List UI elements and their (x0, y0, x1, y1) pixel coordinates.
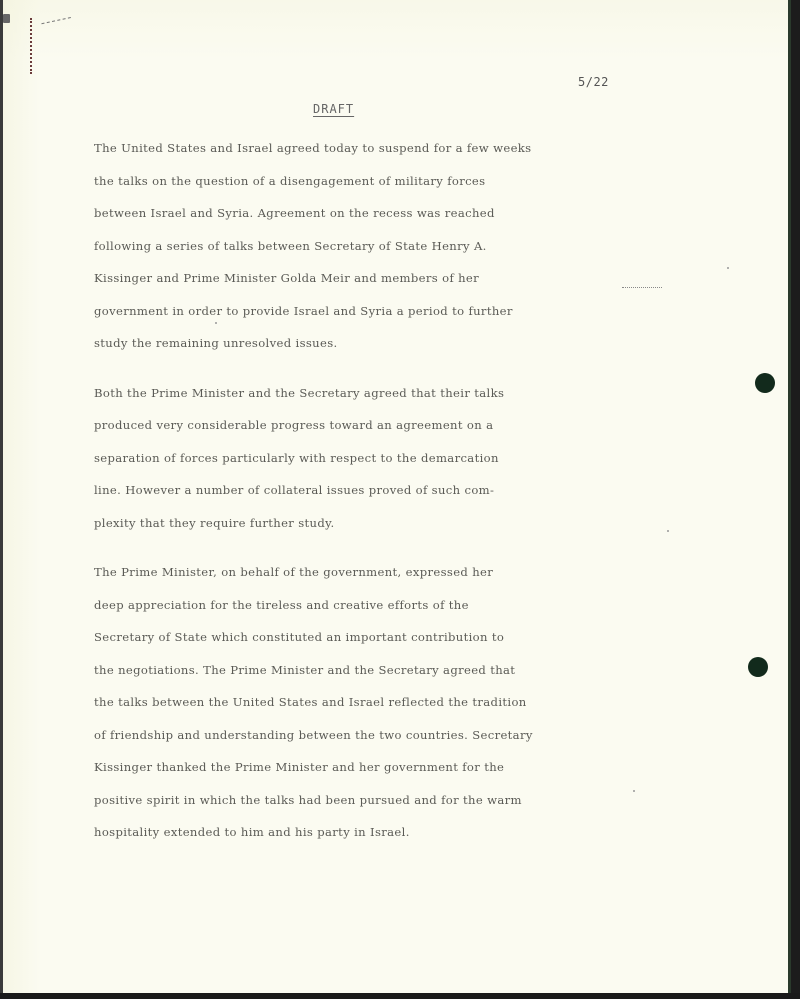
margin-annotation-mark (41, 17, 72, 32)
hole-punch (748, 657, 768, 677)
text-line: study the remaining unresolved issues. (94, 333, 634, 366)
text-line: produced very considerable progress towa… (94, 415, 634, 448)
text-line: line. However a number of collateral iss… (94, 480, 634, 513)
text-line: The United States and Israel agreed toda… (94, 138, 634, 171)
document-page: 5/22 DRAFT The United States and Israel … (0, 0, 791, 993)
text-line: Kissinger and Prime Minister Golda Meir … (94, 268, 634, 301)
paragraph-1: The United States and Israel agreed toda… (94, 138, 634, 366)
page-number: 5/22 (578, 75, 609, 89)
text-line: Secretary of State which constituted an … (94, 627, 634, 660)
document-body: The United States and Israel agreed toda… (94, 138, 634, 872)
text-line: plexity that they require further study. (94, 513, 634, 546)
text-line: following a series of talks between Secr… (94, 236, 634, 269)
paragraph-3: The Prime Minister, on behalf of the gov… (94, 562, 634, 855)
stray-mark (727, 267, 729, 269)
text-line: the talks between the United States and … (94, 692, 634, 725)
text-line: of friendship and understanding between … (94, 725, 634, 758)
text-line: the talks on the question of a disengage… (94, 171, 634, 204)
text-line: the negotiations. The Prime Minister and… (94, 660, 634, 693)
text-line: between Israel and Syria. Agreement on t… (94, 203, 634, 236)
document-title: DRAFT (313, 102, 354, 116)
stray-mark (215, 322, 217, 324)
text-line: Both the Prime Minister and the Secretar… (94, 383, 634, 416)
margin-annotation-mark (30, 18, 36, 74)
page-bottom-edge (0, 993, 800, 999)
text-line: government in order to provide Israel an… (94, 301, 634, 334)
staple-mark (3, 14, 10, 23)
page-left-edge (0, 0, 3, 993)
stray-mark (622, 287, 662, 289)
text-line: separation of forces particularly with r… (94, 448, 634, 481)
text-line: deep appreciation for the tireless and c… (94, 595, 634, 628)
text-line: Kissinger thanked the Prime Minister and… (94, 757, 634, 790)
text-line: The Prime Minister, on behalf of the gov… (94, 562, 634, 595)
hole-punch (755, 373, 775, 393)
paragraph-2: Both the Prime Minister and the Secretar… (94, 383, 634, 546)
text-line: hospitality extended to him and his part… (94, 822, 634, 855)
stray-mark (633, 790, 635, 792)
stray-mark (667, 530, 669, 532)
text-line: positive spirit in which the talks had b… (94, 790, 634, 823)
